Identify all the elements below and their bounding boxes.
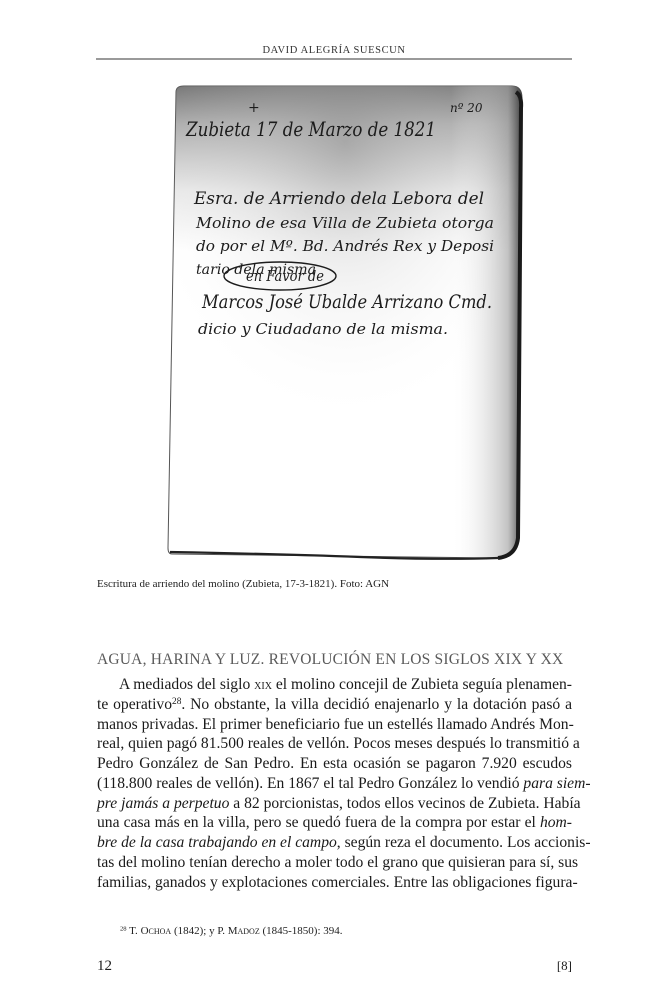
text-run: , según reza el documento. Los accionis- [337, 834, 591, 851]
footnote: 28 T. Ochoa (1842); y P. Madoz (1845-185… [120, 925, 343, 937]
header-rule [96, 58, 572, 60]
text-run: una casa más en la villa, pero se quedó … [97, 814, 540, 831]
footnote-author: Ochoa [141, 925, 172, 937]
running-head: DAVID ALEGRÍA SUESCUN [96, 45, 572, 56]
footnote-text: (1845-1850): 394. [260, 925, 343, 937]
svg-text:en Favor de: en Favor de [246, 267, 324, 285]
body-paragraph: A mediados del siglo xix el molino conce… [97, 675, 572, 892]
footnote-text: (1842); y P. [171, 925, 228, 937]
text-line: real, quien pagó 81.500 reales de vellón… [97, 734, 572, 754]
text-run: manos privadas. El primer beneficiario f… [97, 716, 574, 733]
text-run: xix [254, 677, 272, 693]
text-line: Pedro González de San Pedro. En esta oca… [97, 754, 572, 774]
footnote-author: Madoz [228, 925, 260, 937]
text-run: . No obstante, la villa decidió enajenar… [181, 696, 572, 713]
svg-text:Molino de esa Villa de Zubieta: Molino de esa Villa de Zubieta otorga [195, 214, 494, 232]
text-run: te operativo [97, 696, 172, 713]
manuscript-folio: nº 20 [450, 101, 483, 115]
section-heading: AGUA, HARINA Y LUZ. REVOLUCIÓN EN LOS SI… [97, 651, 577, 669]
footnote-ref: 28 [172, 697, 181, 707]
text-line: manos privadas. El primer beneficiario f… [97, 715, 572, 735]
text-run: pre jamás a perpetuo [97, 795, 229, 812]
footnote-number: 28 [120, 925, 127, 932]
text-run: para siem- [523, 775, 590, 792]
text-run: A mediados del siglo [119, 676, 254, 693]
text-line: familias, ganados y explotaciones comerc… [97, 873, 572, 893]
text-run: bre de la casa trabajando en el campo [97, 834, 337, 851]
text-line: (118.800 reales de vellón). En 1867 el t… [97, 774, 572, 794]
manuscript-photo: + nº 20 Zubieta 17 de Marzo de 1821 Esra… [160, 78, 532, 568]
text-line: A mediados del siglo xix el molino conce… [97, 675, 572, 695]
svg-text:do por el Mº. Bd. Andrés Rex y: do por el Mº. Bd. Andrés Rex y Deposi [196, 237, 494, 255]
svg-text:Esra. de Arriendo dela Lebora: Esra. de Arriendo dela Lebora del [193, 189, 484, 209]
manuscript-mark: + [248, 100, 260, 116]
text-run: Pedro González de San Pedro. En esta oca… [97, 755, 572, 772]
text-run: real, quien pagó 81.500 reales de vellón… [97, 735, 580, 752]
text-run: a 82 porcionistas, todos ellos vecinos d… [229, 795, 580, 812]
text-run: (118.800 reales de vellón). En 1867 el t… [97, 775, 523, 792]
text-run: el molino concejil de Zubieta seguía ple… [272, 676, 572, 693]
figure-caption: Escritura de arriendo del molino (Zubiet… [97, 578, 389, 590]
svg-text:dicio y Ciudadano de la misma.: dicio y Ciudadano de la misma. [198, 320, 448, 338]
footnote-text: T. [127, 925, 141, 937]
text-line: te operativo28. No obstante, la villa de… [97, 695, 572, 715]
page-number: 12 [97, 958, 112, 975]
text-run: familias, ganados y explotaciones comerc… [97, 874, 578, 891]
bracket-page-number: [8] [557, 958, 572, 974]
svg-text:Zubieta 17 de Marzo de 1821: Zubieta 17 de Marzo de 1821 [185, 117, 436, 141]
text-line: pre jamás a perpetuo a 82 porcionistas, … [97, 794, 572, 814]
svg-text:Marcos José Ubalde Arrizano Cm: Marcos José Ubalde Arrizano Cmd. [201, 291, 492, 313]
text-line: bre de la casa trabajando en el campo, s… [97, 833, 572, 853]
text-run: hom- [540, 814, 572, 831]
text-line: tas del molino tenían derecho a moler to… [97, 853, 572, 873]
text-line: una casa más en la villa, pero se quedó … [97, 813, 572, 833]
text-run: tas del molino tenían derecho a moler to… [97, 854, 578, 871]
